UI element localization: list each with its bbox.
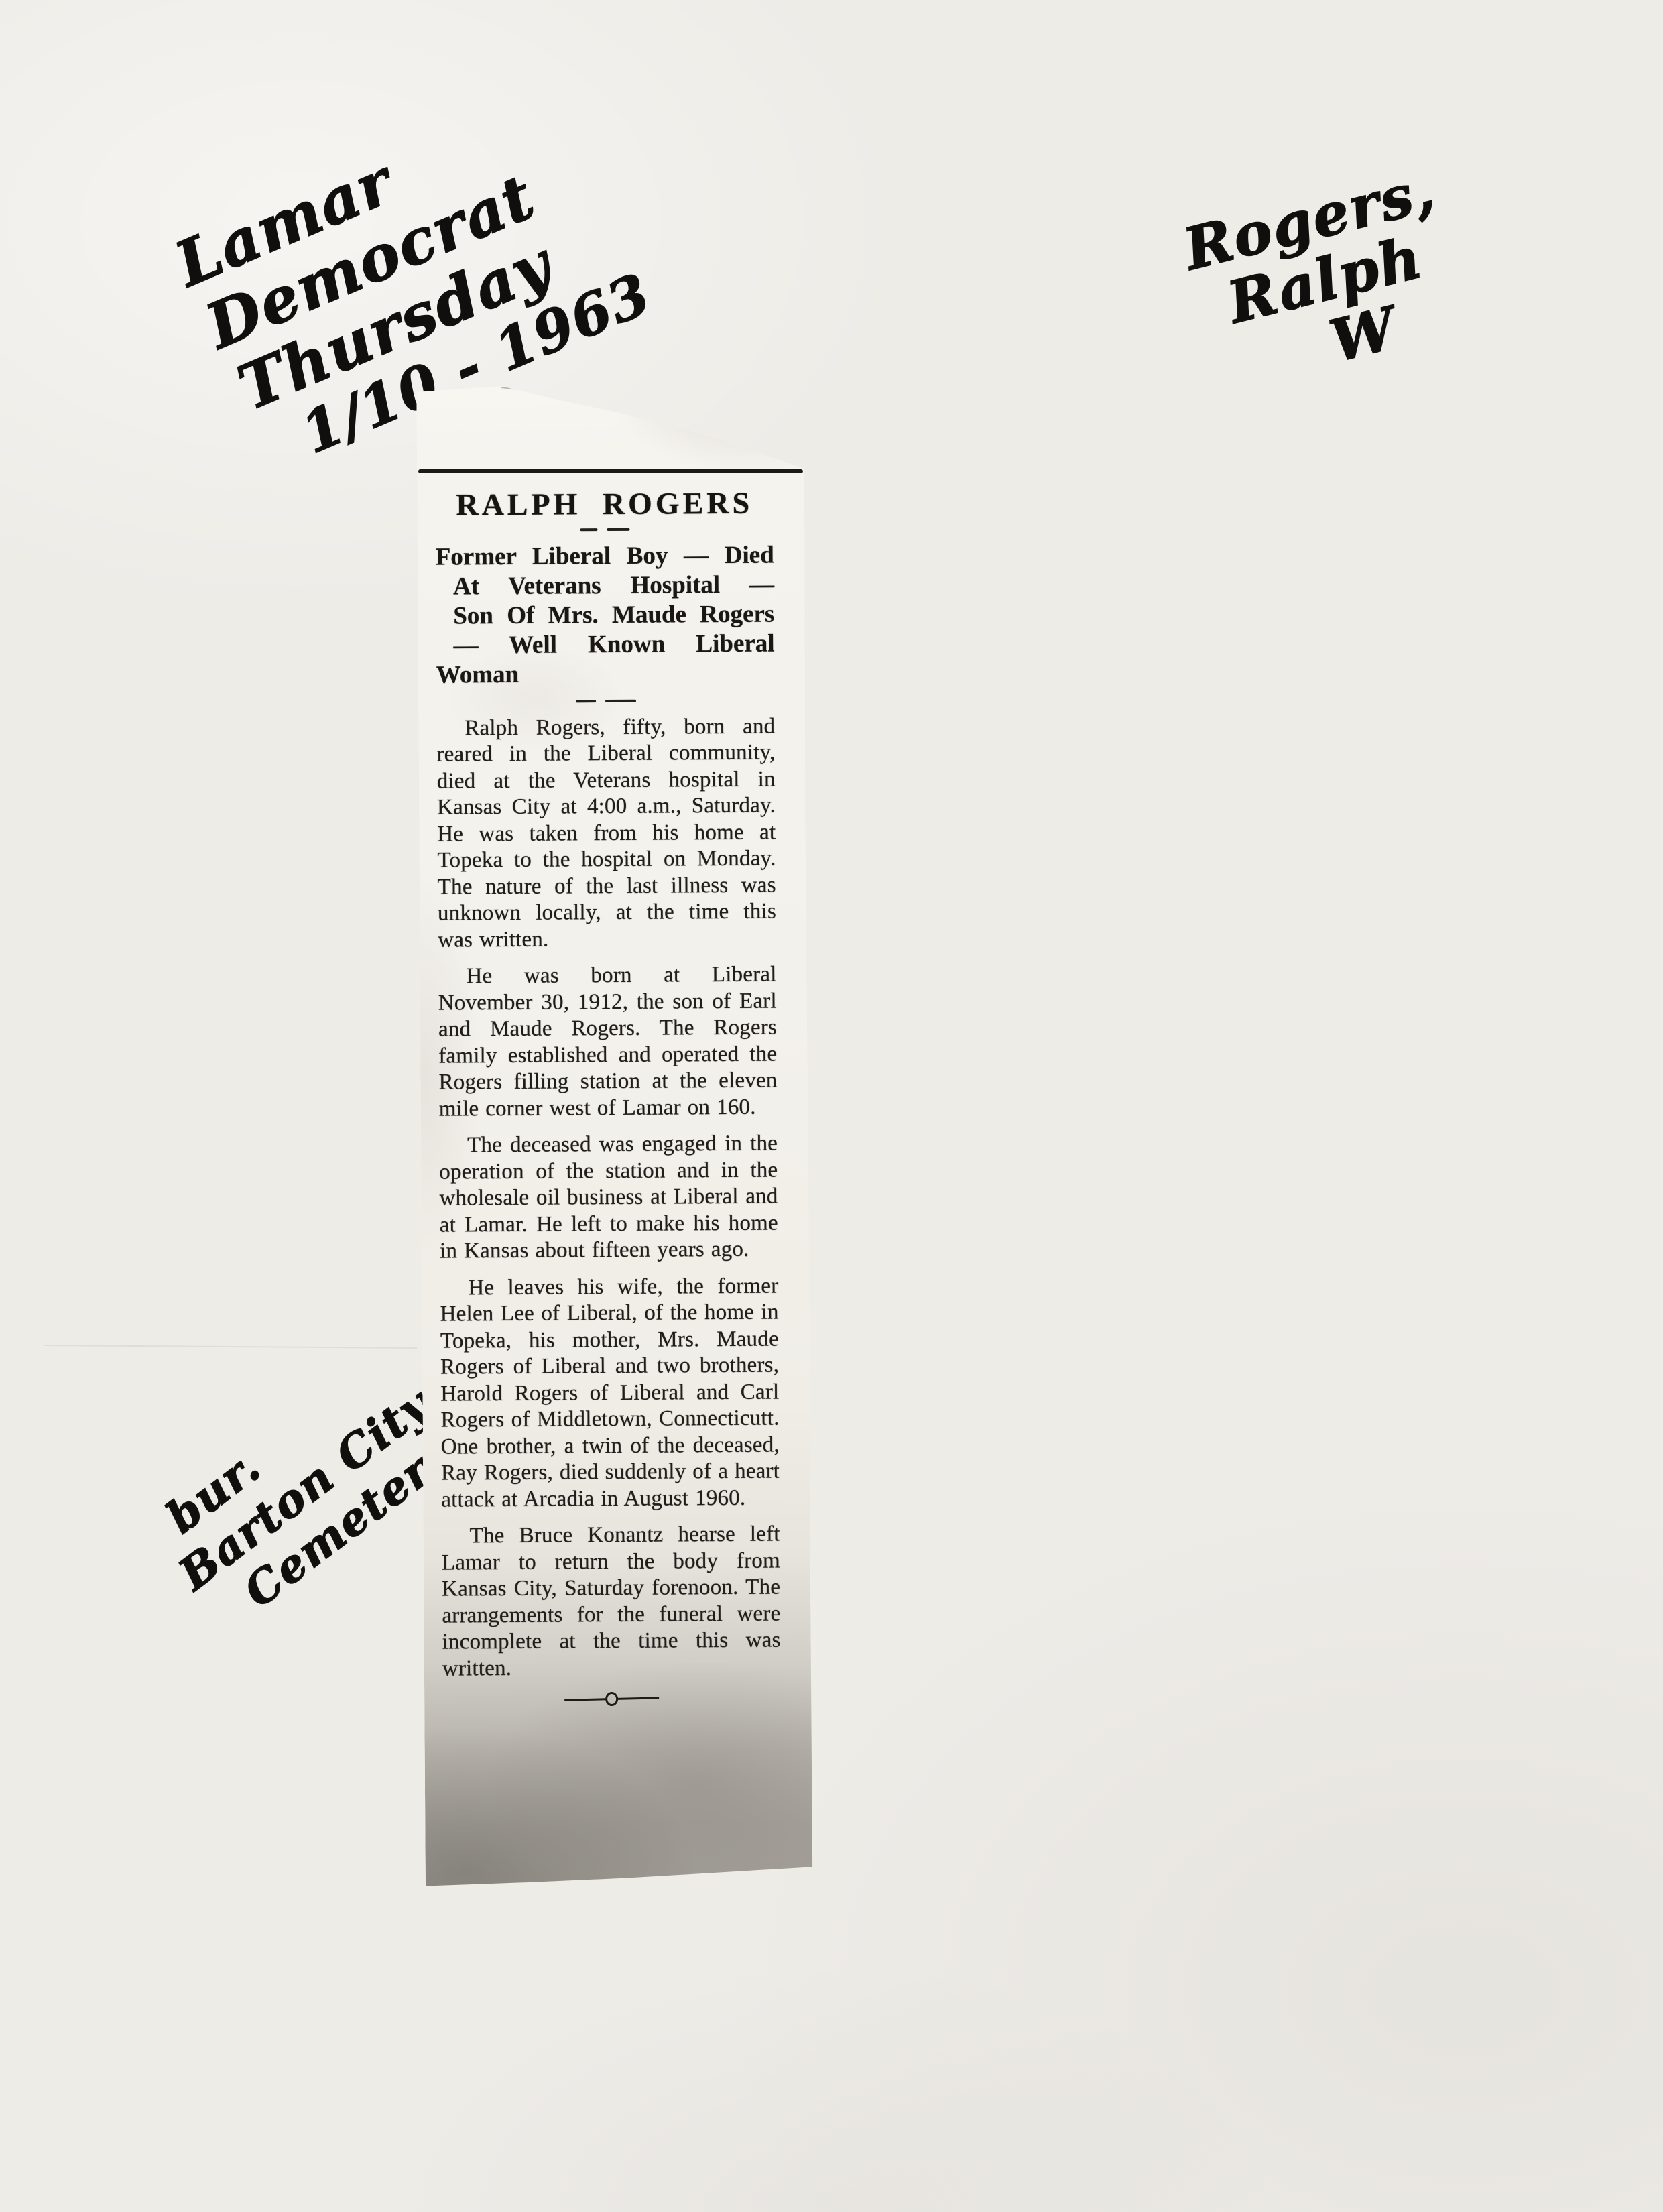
annotation-filed-name: Rogers, Ralph W	[1178, 160, 1471, 403]
clipping-paragraph: The deceased was engaged in the operatio…	[439, 1131, 778, 1266]
annotation-burial-location: bur. Barton City Cemetery	[137, 1336, 473, 1644]
clipping-paragraph: Ralph Rogers, fifty, born and reared in …	[436, 713, 776, 954]
clipping-paragraph: The Bruce Konantz hearse left Lamar to r…	[442, 1522, 781, 1682]
divider-dash	[605, 699, 636, 702]
divider-ring	[605, 1692, 618, 1706]
subhead-line: At Veterans Hospital —	[436, 570, 774, 601]
divider-line	[617, 1697, 659, 1700]
dash-divider	[435, 527, 774, 532]
divider-dash	[576, 700, 596, 702]
clipping-headline: RALPH ROGERS	[435, 486, 774, 523]
clipping-body: Ralph Rogers, fifty, born and reared in …	[436, 713, 781, 1682]
newspaper-clipping: RALPH ROGERS Former Liberal Boy — Died A…	[416, 379, 813, 1887]
divider-dash	[607, 528, 629, 530]
page-crease	[44, 1345, 417, 1349]
subhead-line: Woman	[436, 658, 775, 690]
subhead-line: Son Of Mrs. Maude Rogers	[436, 599, 774, 631]
divider-line	[564, 1698, 606, 1701]
divider-dash	[580, 528, 597, 531]
scanned-page: { "annotations": { "top_left": { "lines"…	[0, 0, 1663, 2212]
dash-divider	[436, 698, 775, 703]
column-rule	[418, 469, 803, 473]
subhead-line: Former Liberal Boy — Died	[436, 540, 774, 572]
clipping-paragraph: He was born at Liberal November 30, 1912…	[438, 962, 777, 1123]
paper-crease	[501, 387, 802, 420]
end-divider	[442, 1688, 781, 1710]
clipping-subhead: Former Liberal Boy — Died At Veterans Ho…	[436, 540, 775, 690]
subhead-line: — Well Known Liberal	[436, 629, 774, 660]
clipping-paragraph: He leaves his wife, the former Helen Lee…	[440, 1273, 780, 1514]
